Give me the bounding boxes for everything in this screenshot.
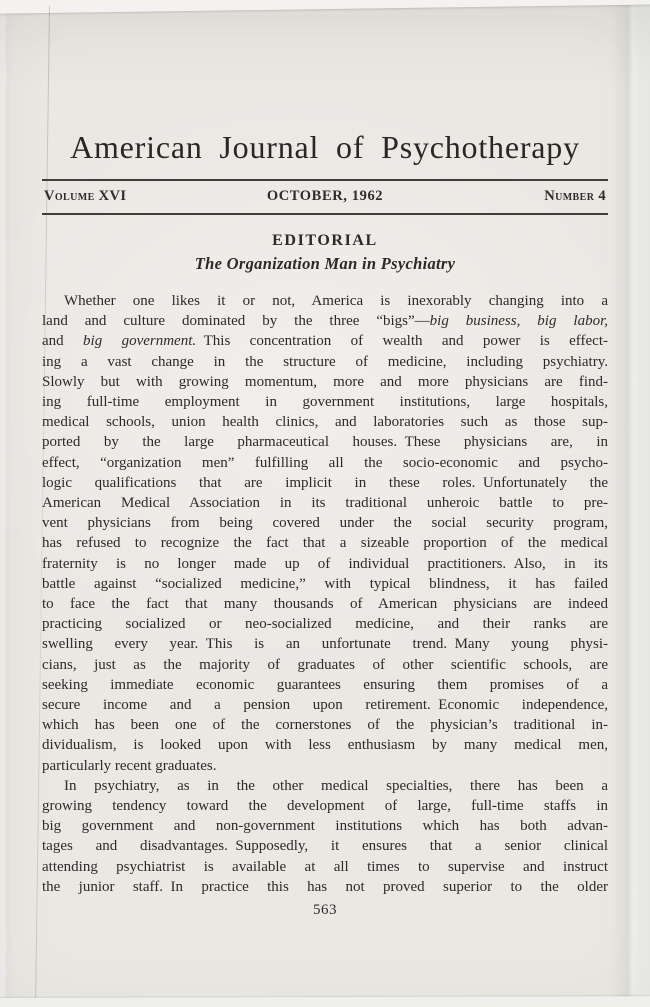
text-line: Whether one likes it or not, America is …	[42, 291, 608, 311]
text-run: fraternity is no longer made up of indiv…	[42, 556, 608, 572]
issue-info-row: Volume XVI OCTOBER, 1962 Number 4	[42, 181, 608, 213]
text-line: effect, “organization men” fulfilling al…	[42, 453, 608, 473]
text-run: and	[42, 333, 83, 349]
text-run: ported by the large pharmaceutical house…	[42, 434, 608, 450]
text-run: swelling every year. This is an unfortun…	[42, 636, 608, 652]
page-number: 563	[42, 902, 608, 919]
text-line: vent physicians from being covered under…	[42, 513, 608, 533]
issue-date: OCTOBER, 1962	[267, 188, 383, 205]
text-run: the junior staff. In practice this has n…	[42, 879, 608, 895]
text-line: swelling every year. This is an unfortun…	[42, 634, 608, 654]
text-line: fraternity is no longer made up of indiv…	[42, 554, 608, 574]
text-line: to face the fact that many thousands of …	[42, 594, 608, 614]
text-run: American Medical Association in its trad…	[42, 495, 608, 511]
text-run: practicing socialized or neo-socialized …	[42, 616, 608, 632]
header-rule-bottom	[42, 213, 608, 215]
article-body: Whether one likes it or not, America is …	[42, 291, 608, 897]
text-line: cians, just as the majority of graduates…	[42, 655, 608, 675]
text-line: dividualism, is looked upon with less en…	[42, 735, 608, 755]
italic-text-run: big business, big labor,	[430, 313, 608, 329]
text-line: logic qualifications that are implicit i…	[42, 473, 608, 493]
text-line: which has been one of the cornerstones o…	[42, 715, 608, 735]
text-run: Slowly but with growing momentum, more a…	[42, 374, 608, 390]
text-run: ing a vast change in the structure of me…	[42, 354, 608, 370]
italic-text-run: big government.	[83, 333, 196, 349]
text-run: particularly recent graduates.	[42, 758, 217, 774]
section-heading: EDITORIAL	[42, 232, 608, 250]
text-line: tages and disadvantages. Supposedly, it …	[42, 836, 608, 856]
text-run: This concentration of wealth and power i…	[196, 333, 608, 349]
volume-label: Volume XVI	[44, 188, 267, 205]
text-run: ing full-time employment in government i…	[42, 394, 608, 410]
text-run: which has been one of the cornerstones o…	[42, 717, 608, 733]
text-run: Whether one likes it or not, America is …	[64, 293, 608, 309]
paragraph: In psychiatry, as in the other medical s…	[42, 776, 608, 897]
text-run: effect, “organization men” fulfilling al…	[42, 455, 608, 471]
text-line: American Medical Association in its trad…	[42, 493, 608, 513]
text-line: land and culture dominated by the three …	[42, 311, 608, 331]
text-line: ported by the large pharmaceutical house…	[42, 432, 608, 452]
text-line: the junior staff. In practice this has n…	[42, 877, 608, 897]
scanned-journal-page: American Journal of Psychotherapy Volume…	[0, 0, 650, 1007]
text-run: to face the fact that many thousands of …	[42, 596, 608, 612]
text-run: medical schools, union health clinics, a…	[42, 414, 608, 430]
text-line: growing tendency toward the development …	[42, 796, 608, 816]
text-line: particularly recent graduates.	[42, 756, 608, 776]
article-title: The Organization Man in Psychiatry	[42, 254, 608, 274]
text-run: dividualism, is looked upon with less en…	[42, 737, 608, 753]
text-line: ing a vast change in the structure of me…	[42, 352, 608, 372]
text-run: growing tendency toward the development …	[42, 798, 608, 814]
text-line: secure income and a pension upon retirem…	[42, 695, 608, 715]
issue-number-label: Number 4	[383, 188, 606, 205]
text-run: land and culture dominated by the three …	[42, 313, 430, 329]
text-line: and big government. This concentration o…	[42, 331, 608, 351]
text-line: Slowly but with growing momentum, more a…	[42, 372, 608, 392]
text-run: tages and disadvantages. Supposedly, it …	[42, 838, 608, 854]
text-run: In psychiatry, as in the other medical s…	[64, 778, 608, 794]
text-line: battle against “socialized medicine,” wi…	[42, 574, 608, 594]
text-run: logic qualifications that are implicit i…	[42, 475, 608, 491]
text-run: battle against “socialized medicine,” wi…	[42, 576, 608, 592]
text-run: cians, just as the majority of graduates…	[42, 657, 608, 673]
text-run: attending psychiatrist is available at a…	[42, 859, 608, 875]
text-line: practicing socialized or neo-socialized …	[42, 614, 608, 634]
text-run: secure income and a pension upon retirem…	[42, 697, 608, 713]
text-line: medical schools, union health clinics, a…	[42, 412, 608, 432]
text-line: has refused to recognize the fact that a…	[42, 533, 608, 553]
text-run: has refused to recognize the fact that a…	[42, 535, 608, 551]
text-run: big government and non-government instit…	[42, 818, 608, 834]
page-content: American Journal of Psychotherapy Volume…	[0, 0, 650, 1007]
text-line: seeking immediate economic guarantees en…	[42, 675, 608, 695]
text-run: seeking immediate economic guarantees en…	[42, 677, 608, 693]
text-line: attending psychiatrist is available at a…	[42, 857, 608, 877]
text-line: In psychiatry, as in the other medical s…	[42, 776, 608, 796]
journal-title: American Journal of Psychotherapy	[42, 0, 608, 166]
paragraph: Whether one likes it or not, America is …	[42, 291, 608, 776]
text-line: big government and non-government instit…	[42, 816, 608, 836]
text-run: vent physicians from being covered under…	[42, 515, 608, 531]
text-line: ing full-time employment in government i…	[42, 392, 608, 412]
